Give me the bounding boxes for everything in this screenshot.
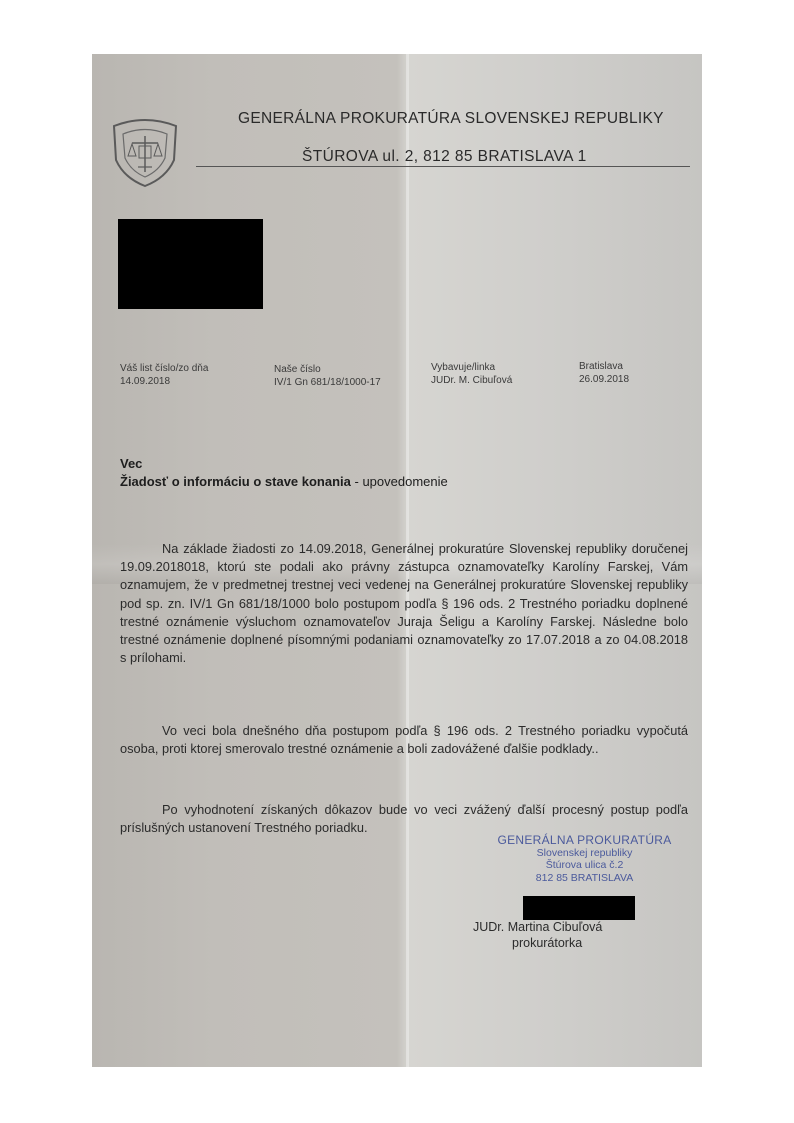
prosecutor-seal-icon (106, 116, 184, 188)
stamp-line-1: GENERÁLNA PROKURATÚRA (497, 834, 672, 847)
subject-suffix: - upovedomenie (351, 474, 448, 489)
signatory-role: prokurátorka (512, 936, 582, 950)
subject-label: Vec (120, 456, 142, 471)
redacted-signature (523, 896, 635, 920)
reference-our-number: Naše číslo IV/1 Gn 681/18/1000-17 (274, 363, 381, 389)
reference-place-date: Bratislava 26.09.2018 (579, 360, 629, 386)
reference-your-letter: Váš list číslo/zo dňa 14.09.2018 (120, 362, 208, 388)
signatory-name: JUDr. Martina Cibuľová (473, 920, 602, 934)
redacted-recipient-address (118, 219, 263, 309)
place-label: Bratislava (579, 360, 629, 373)
letterhead-divider (196, 166, 690, 167)
stamp-line-2: Slovenskej republiky (497, 847, 672, 860)
our-number-value: IV/1 Gn 681/18/1000-17 (274, 376, 381, 389)
subject-line: Žiadosť o informáciu o stave konania - u… (120, 474, 448, 489)
our-number-label: Naše číslo (274, 363, 381, 376)
letter-page: GENERÁLNA PROKURATÚRA SLOVENSKEJ REPUBLI… (92, 54, 702, 1067)
reference-handled-by: Vybavuje/linka JUDr. M. Cibuľová (431, 361, 512, 387)
body-paragraph-3: Po vyhodnotení získaných dôkazov bude vo… (120, 801, 688, 837)
your-letter-label: Váš list číslo/zo dňa (120, 362, 208, 375)
stamp-line-4: 812 85 BRATISLAVA (497, 872, 672, 885)
handled-by-label: Vybavuje/linka (431, 361, 512, 374)
official-stamp: GENERÁLNA PROKURATÚRA Slovenskej republi… (497, 834, 672, 884)
body-paragraph-2: Vo veci bola dnešného dňa postupom podľa… (120, 722, 688, 758)
subject-text: Žiadosť o informáciu o stave konania (120, 474, 351, 489)
letterhead-title: GENERÁLNA PROKURATÚRA SLOVENSKEJ REPUBLI… (238, 110, 664, 128)
your-letter-value: 14.09.2018 (120, 375, 208, 388)
handled-by-value: JUDr. M. Cibuľová (431, 374, 512, 387)
body-paragraph-1: Na základe žiadosti zo 14.09.2018, Gener… (120, 540, 688, 667)
stamp-line-3: Štúrova ulica č.2 (497, 859, 672, 872)
letterhead-address: ŠTÚROVA ul. 2, 812 85 BRATISLAVA 1 (302, 148, 587, 166)
date-value: 26.09.2018 (579, 373, 629, 386)
